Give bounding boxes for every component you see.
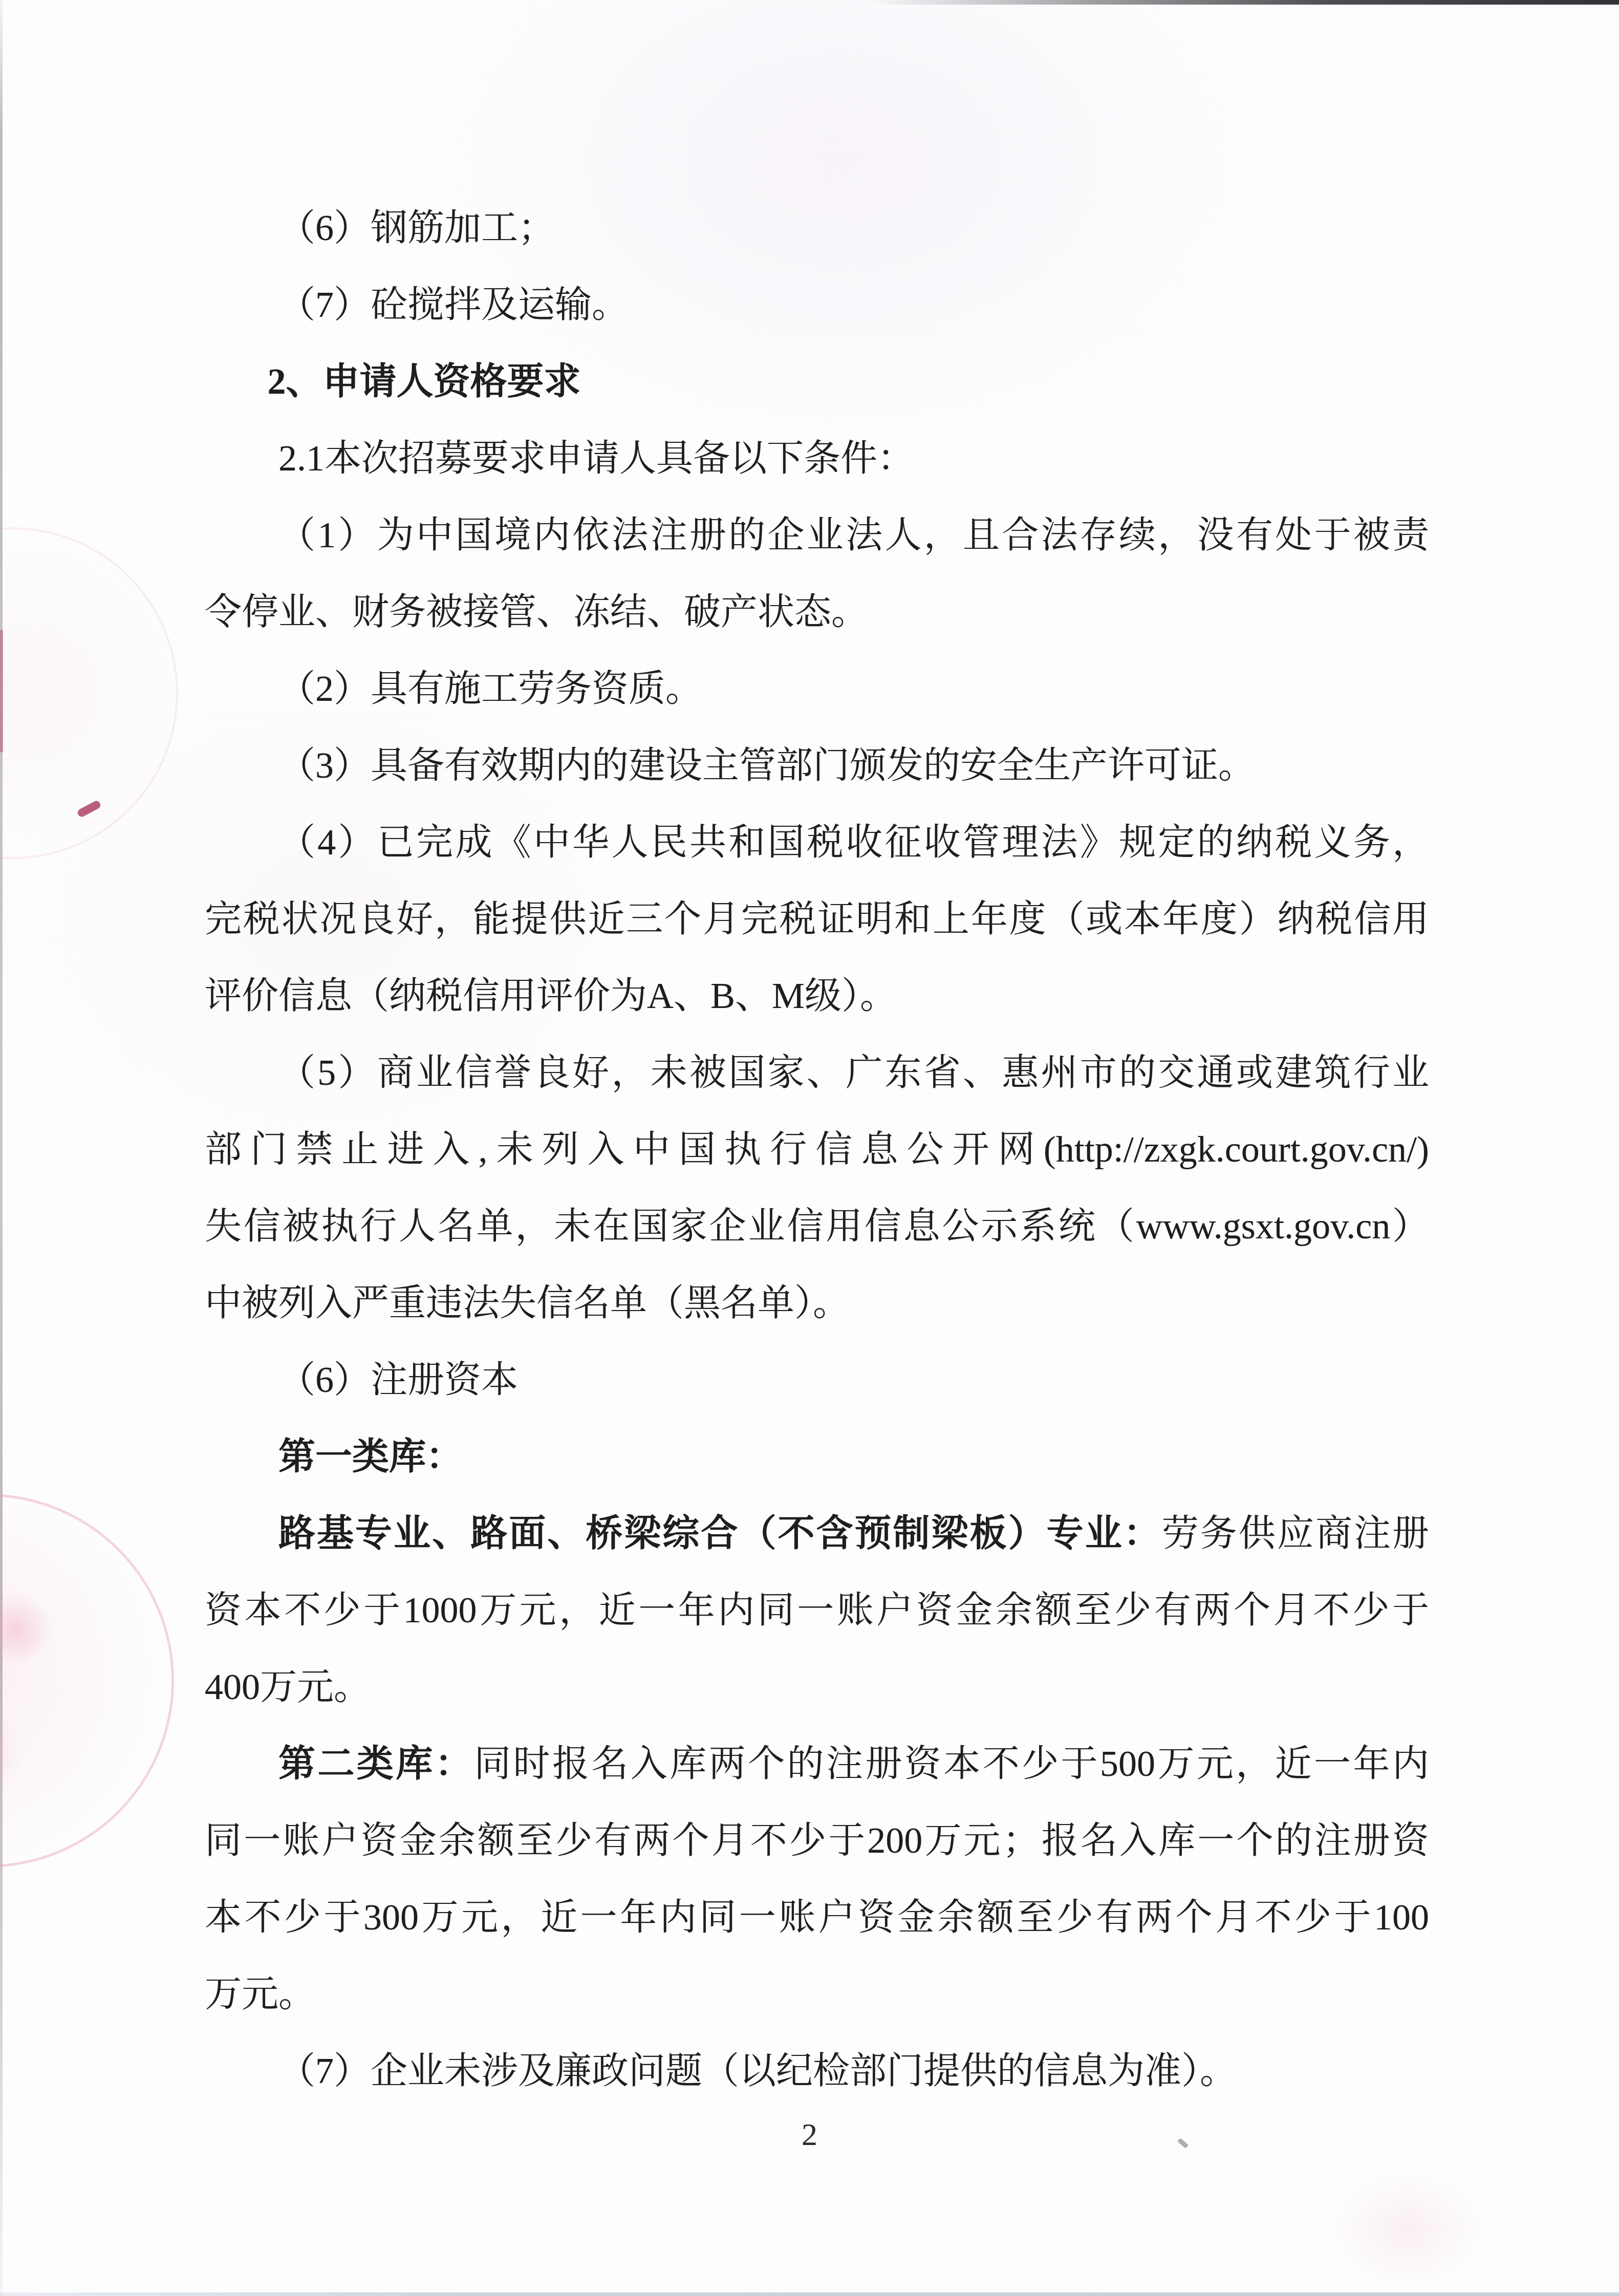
text-line: 失信被执行人名单，未在国家企业信用信息公示系统（www.gsxt.gov.cn）	[205, 1188, 1429, 1264]
text-line: 中被列入严重违法失信名单（黑名单）。	[205, 1264, 1429, 1341]
text-line: 400万元。	[205, 1648, 1429, 1725]
text-line: （4）已完成《中华人民共和国税收征收管理法》规定的纳税义务，	[205, 804, 1429, 881]
text-segment: 同时报名入库两个的注册资本不少于500万元，近一年内	[474, 1743, 1429, 1784]
document-body: （6）钢筋加工；（7）砼搅拌及运输。2、申请人资格要求2.1本次招募要求申请人具…	[205, 189, 1429, 2109]
text-segment: 本不少于300万元，近一年内同一账户资金余额至少有两个月不少于100	[205, 1897, 1429, 1938]
official-seal-faint-lower	[0, 1494, 174, 1868]
text-segment: （6）注册资本	[278, 1359, 518, 1400]
text-segment: 2.1本次招募要求申请人具备以下条件：	[278, 438, 914, 479]
text-segment: 评价信息（纳税信用评价为A、B、M级）。	[205, 975, 897, 1016]
text-segment-bold: 2、申请人资格要求	[267, 361, 580, 402]
page-number: 2	[0, 2117, 1619, 2153]
text-line: （1）为中国境内依法注册的企业法人，且合法存续，没有处于被责	[205, 497, 1429, 573]
text-segment: 万元。	[205, 1973, 315, 2014]
document-page: （6）钢筋加工；（7）砼搅拌及运输。2、申请人资格要求2.1本次招募要求申请人具…	[0, 0, 1619, 2296]
text-line: 2、申请人资格要求	[205, 343, 1429, 420]
text-line: （5）商业信誉良好，未被国家、广东省、惠州市的交通或建筑行业	[205, 1034, 1429, 1111]
ink-smudge	[1331, 2171, 1484, 2288]
text-segment: 劳务供应商注册	[1162, 1513, 1429, 1554]
text-line: 本不少于300万元，近一年内同一账户资金余额至少有两个月不少于100	[205, 1879, 1429, 1956]
text-line: 部门禁止进入,未列入中国执行信息公开网(http://zxgk.court.go…	[205, 1111, 1429, 1188]
text-line: （2）具有施工劳务资质。	[205, 650, 1429, 727]
text-segment: （5）商业信誉良好，未被国家、广东省、惠州市的交通或建筑行业	[278, 1052, 1429, 1093]
text-segment: （7）企业未涉及廉政问题（以纪检部门提供的信息为准）。	[278, 2050, 1237, 2091]
scan-artifact-bottom-edge	[0, 2292, 1619, 2296]
text-line: 第一类库：	[205, 1418, 1429, 1495]
text-segment: 资本不少于1000万元，近一年内同一账户资金余额至少有两个月不少于	[205, 1590, 1429, 1630]
text-line: 完税状况良好，能提供近三个月完税证明和上年度（或本年度）纳税信用	[205, 881, 1429, 957]
text-segment: 部门禁止进入,未列入中国执行信息公开网(http://zxgk.court.go…	[205, 1129, 1429, 1170]
text-segment-bold: 第二类库：	[278, 1743, 474, 1784]
text-segment: （6）钢筋加工；	[278, 207, 555, 248]
text-segment: 同一账户资金余额至少有两个月不少于200万元；报名入库一个的注册资	[205, 1820, 1429, 1861]
text-line: （6）钢筋加工；	[205, 189, 1429, 266]
text-segment: 400万元。	[205, 1666, 371, 1707]
text-line: 资本不少于1000万元，近一年内同一账户资金余额至少有两个月不少于	[205, 1572, 1429, 1648]
text-segment: 失信被执行人名单，未在国家企业信用信息公示系统（www.gsxt.gov.cn）	[205, 1206, 1429, 1247]
text-line: 同一账户资金余额至少有两个月不少于200万元；报名入库一个的注册资	[205, 1802, 1429, 1879]
text-line: （7）砼搅拌及运输。	[205, 266, 1429, 343]
text-line: 万元。	[205, 1956, 1429, 2032]
text-line: （3）具备有效期内的建设主管部门颁发的安全生产许可证。	[205, 727, 1429, 804]
text-line: （6）注册资本	[205, 1341, 1429, 1418]
text-line: （7）企业未涉及廉政问题（以纪检部门提供的信息为准）。	[205, 2032, 1429, 2109]
text-line: 令停业、财务被接管、冻结、破产状态。	[205, 573, 1429, 650]
text-segment: （4）已完成《中华人民共和国税收征收管理法》规定的纳税义务，	[278, 822, 1429, 863]
scan-artifact-top-edge	[870, 0, 1619, 5]
text-line: 2.1本次招募要求申请人具备以下条件：	[205, 420, 1429, 497]
text-segment: 完税状况良好，能提供近三个月完税证明和上年度（或本年度）纳税信用	[205, 898, 1429, 939]
text-line: 路基专业、路面、桥梁综合（不含预制梁板）专业：劳务供应商注册	[205, 1495, 1429, 1572]
text-segment: （3）具备有效期内的建设主管部门颁发的安全生产许可证。	[278, 745, 1255, 786]
text-segment: （7）砼搅拌及运输。	[278, 284, 629, 325]
text-line: 评价信息（纳税信用评价为A、B、M级）。	[205, 957, 1429, 1034]
text-segment: （2）具有施工劳务资质。	[278, 668, 702, 709]
scan-artifact-left-edge	[0, 0, 3, 2296]
text-segment-bold: 第一类库：	[278, 1436, 463, 1477]
text-segment-bold: 路基专业、路面、桥梁综合（不含预制梁板）专业：	[278, 1513, 1162, 1554]
text-segment: （1）为中国境内依法注册的企业法人，且合法存续，没有处于被责	[278, 514, 1429, 555]
text-segment: 令停业、财务被接管、冻结、破产状态。	[205, 591, 868, 632]
text-segment: 中被列入严重违法失信名单（黑名单）。	[205, 1282, 850, 1323]
text-line: 第二类库：同时报名入库两个的注册资本不少于500万元，近一年内	[205, 1725, 1429, 1802]
